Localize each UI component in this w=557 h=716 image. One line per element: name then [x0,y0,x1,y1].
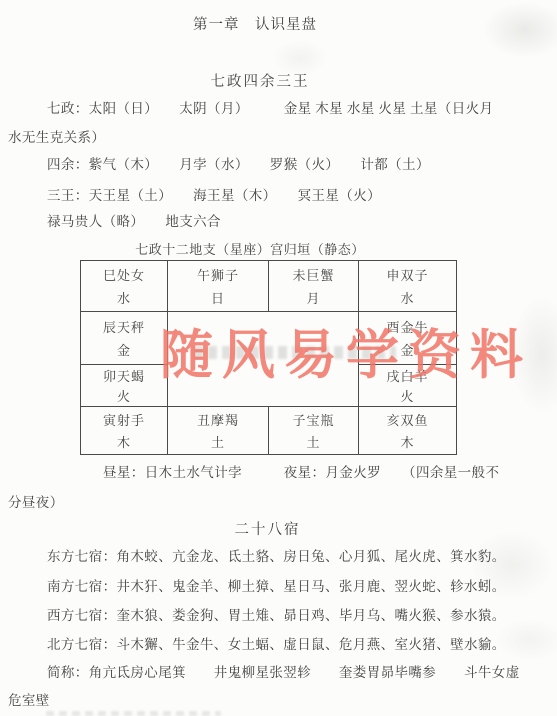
body-line-mansions-abbrev-wrap: 危室壁 [8,692,50,709]
zodiac-element: 土 [306,432,320,451]
obscured-bleedthrough-text [194,346,396,359]
body-line-qizheng: 七政：太阳（日） 太阴（月） 金星 木星 水星 火星 土星（日火月 [47,100,493,117]
zodiac-sign: 亥双鱼 [386,410,428,429]
zodiac-sign: 子宝瓶 [292,410,334,429]
body-line-mansions-west: 西方七宿：奎木狼、娄金狗、胃土雉、昴日鸡、毕月乌、嘴火猴、参水猿。 [47,607,506,624]
zodiac-sign: 午狮子 [197,265,239,284]
zodiac-cell-wei: 未巨蟹 月 [269,261,358,311]
body-line-mansions-north: 北方七宿：斗木獬、牛金牛、女土蝠、虚日鼠、危月燕、室火猪、壁水貐。 [47,636,506,653]
zodiac-element: 水 [117,288,131,307]
zodiac-element: 日 [211,288,225,307]
body-line-mansions-east: 东方七宿：角木蛟、亢金龙、氐土貉、房日兔、心月狐、尾火虎、箕水豹。 [47,548,506,565]
body-line-luma: 禄马贵人（略） 地支六合 [47,213,221,230]
zodiac-element: 木 [117,432,131,451]
zodiac-table-title: 七政十二地支（星座）宫归垣（静态） [60,239,440,258]
zodiac-sign: 戌白羊 [386,366,428,385]
zodiac-cell-chou: 丑摩羯 土 [168,407,268,454]
zodiac-cell-xu: 戌白羊 火 [359,365,456,406]
body-line-qizheng-wrap: 水无生克关系） [8,129,105,146]
zodiac-element: 金 [400,340,414,359]
zodiac-sign: 丑摩羯 [197,410,239,429]
zodiac-element: 金 [117,340,131,359]
zodiac-cell-si: 巳处女 水 [81,261,167,311]
zodiac-element: 土 [211,432,225,451]
body-line-mansions-south: 南方七宿：井木犴、鬼金羊、柳土獐、星日马、张月鹿、翌火蛇、轸水蚓。 [47,578,506,595]
body-line-daynight-wrap: 分昼夜） [8,494,64,511]
zodiac-element: 水 [400,288,414,307]
document-page: 第一章 认识星盘 七政四余三王 七政：太阳（日） 太阴（月） 金星 木星 水星 … [0,0,557,716]
zodiac-cell-shen: 申双子 水 [359,261,456,311]
zodiac-cell-zi: 子宝瓶 土 [269,407,358,454]
zodiac-sign: 卯天蝎 [103,366,145,385]
zodiac-table: 巳处女 水 午狮子 日 未巨蟹 月 申双子 水 辰天秤 金 酉金牛 金 卯天蝎 … [80,260,457,455]
zodiac-sign: 辰天秤 [103,317,145,336]
section-heading-mansions: 二十八宿 [0,518,535,539]
zodiac-element: 月 [306,288,320,307]
section-heading-qizheng: 七政四余三王 [0,70,520,91]
zodiac-sign: 申双子 [386,265,428,284]
body-line-sanwang: 三王：天王星（土） 海王星（木） 冥王星（火） [47,187,381,204]
body-line-siyu: 四余：紫气（木） 月孛（水） 罗猴（火） 计都（土） [47,156,430,173]
chapter-title: 第一章 认识星盘 [0,13,510,34]
zodiac-element: 木 [400,432,414,451]
cutoff-next-line-smudge [46,711,221,716]
zodiac-sign: 巳处女 [103,265,145,284]
body-line-daynight: 昼星：日木土水气计孛 夜星：月金火罗 （四余星一般不 [103,464,499,481]
zodiac-cell-yin: 寅射手 木 [81,407,167,454]
zodiac-cell-hai: 亥双鱼 木 [359,407,456,454]
zodiac-cell-chen: 辰天秤 金 [81,312,167,364]
body-line-mansions-abbrev: 简称：角亢氐房心尾箕 井鬼柳星张翌轸 奎娄胃昴毕嘴参 斗牛女虚 [47,664,520,681]
zodiac-element: 火 [117,386,131,405]
zodiac-element: 火 [400,386,414,405]
zodiac-sign: 寅射手 [103,410,145,429]
zodiac-table-center-cell [168,312,358,406]
zodiac-sign: 未巨蟹 [292,265,334,284]
zodiac-cell-mao: 卯天蝎 火 [81,365,167,406]
zodiac-cell-wu: 午狮子 日 [168,261,268,311]
zodiac-sign: 酉金牛 [386,317,428,336]
